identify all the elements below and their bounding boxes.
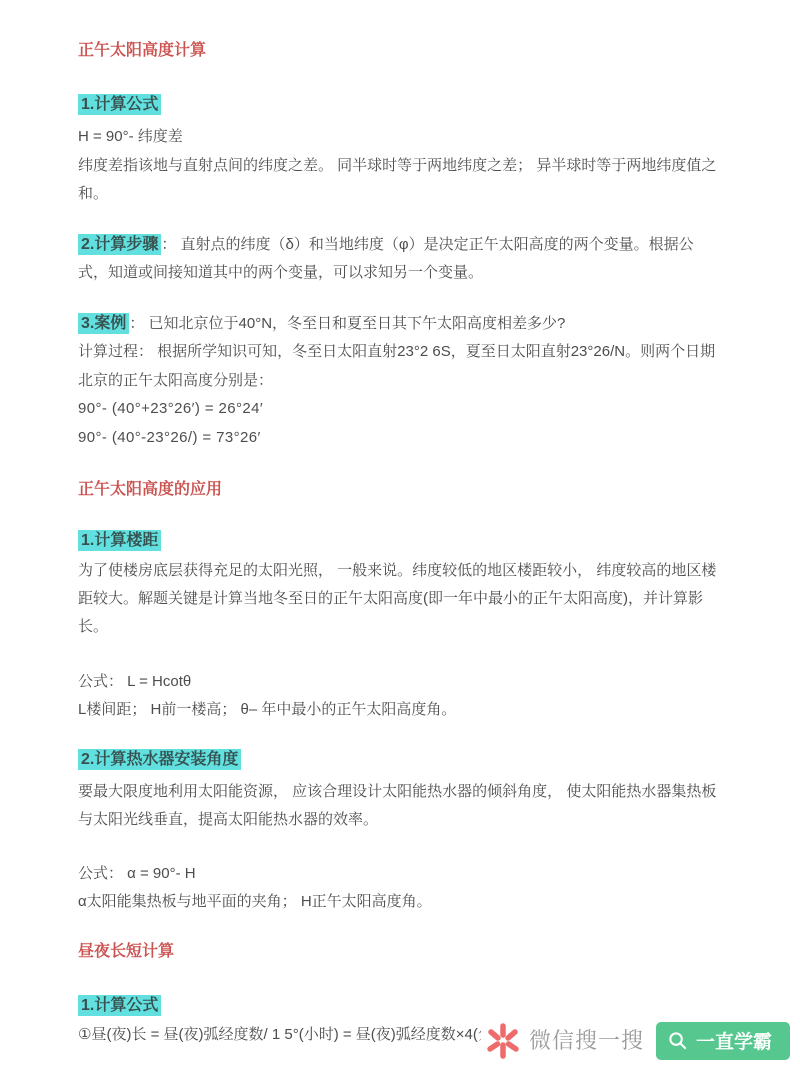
label-separator: ：	[161, 236, 180, 253]
subheading-building-distance: 1.计算楼距	[78, 530, 722, 552]
search-icon	[668, 1031, 687, 1050]
subheading-water-heater-angle: 2.计算热水器安装角度	[78, 749, 722, 771]
paragraph-calc-steps: 2.计算步骤： 直射点的纬度（δ）和当地纬度（φ）是决定正午太阳高度的两个变量。…	[78, 231, 722, 288]
label-separator: ：	[129, 315, 148, 332]
calc-line-summer: 90°- (40°-23°26/) = 73°26′	[78, 424, 722, 453]
formula-water-heater-note: α太阳能集热板与地平面的夹角； H正午太阳高度角。	[78, 888, 722, 916]
highlight-label: 1.计算楼距	[78, 530, 161, 551]
paragraph-process: 计算过程： 根据所学知识可知，冬至日太阳直射23°2 6S，夏至日太阳直射23°…	[78, 338, 722, 395]
highlight-label: 2.计算步骤	[78, 234, 161, 255]
paragraph-water-heater: 要最大限度地利用太阳能资源， 应该合理设计太阳能热水器的倾斜角度， 使太阳能热水…	[78, 778, 722, 834]
paragraph-building-distance: 为了使楼房底层获得充足的太阳光照， 一般来说。纬度较低的地区楼距较小， 纬度较高…	[78, 557, 722, 641]
document-page: 正午太阳高度计算 1.计算公式 H = 90°- 纬度差 纬度差指该地与直射点间…	[0, 0, 800, 1067]
highlight-label: 3.案例	[78, 313, 129, 334]
asterisk-logo-icon	[483, 1021, 523, 1061]
section-heading-noon-sun-application: 正午太阳高度的应用	[78, 479, 722, 500]
highlight-label: 2.计算热水器安装角度	[78, 749, 241, 770]
section-heading-day-night-length: 昼夜长短计算	[78, 941, 722, 962]
formula-water-heater: 公式： α = 90°- H	[78, 860, 722, 888]
brand-search-button[interactable]: 一直学霸	[656, 1022, 790, 1060]
section-heading-noon-sun-altitude: 正午太阳高度计算	[78, 40, 722, 61]
wechat-search-text: 微信搜一搜	[529, 1021, 644, 1061]
paragraph-latitude-difference: 纬度差指该地与直射点间的纬度之差。 同半球时等于两地纬度之差； 异半球时等于两地…	[78, 152, 722, 209]
formula-building-distance-note: L楼间距； H前一楼高； θ– 年中最小的正午太阳高度角。	[78, 696, 722, 724]
brand-search-button-label: 一直学霸	[696, 1027, 772, 1054]
highlight-label: 1.计算公式	[78, 94, 161, 115]
highlight-label: 1.计算公式	[78, 995, 161, 1016]
formula-building-distance: 公式： L = Hcotθ	[78, 668, 722, 696]
subheading-day-night-formula: 1.计算公式	[78, 995, 722, 1017]
formula-h-equals: H = 90°- 纬度差	[78, 123, 722, 152]
paragraph-case: 3.案例： 已知北京位于40°N，冬至日和夏至日其下午太阳高度相差多少?	[78, 310, 722, 339]
case-text: 已知北京位于40°N，冬至日和夏至日其下午太阳高度相差多少?	[149, 315, 566, 332]
subheading-calc-formula: 1.计算公式	[78, 94, 722, 116]
calc-line-winter: 90°- (40°+23°26′) = 26°24′	[78, 395, 722, 424]
watermark-bar: 微信搜一搜 一直学霸	[481, 1019, 794, 1063]
